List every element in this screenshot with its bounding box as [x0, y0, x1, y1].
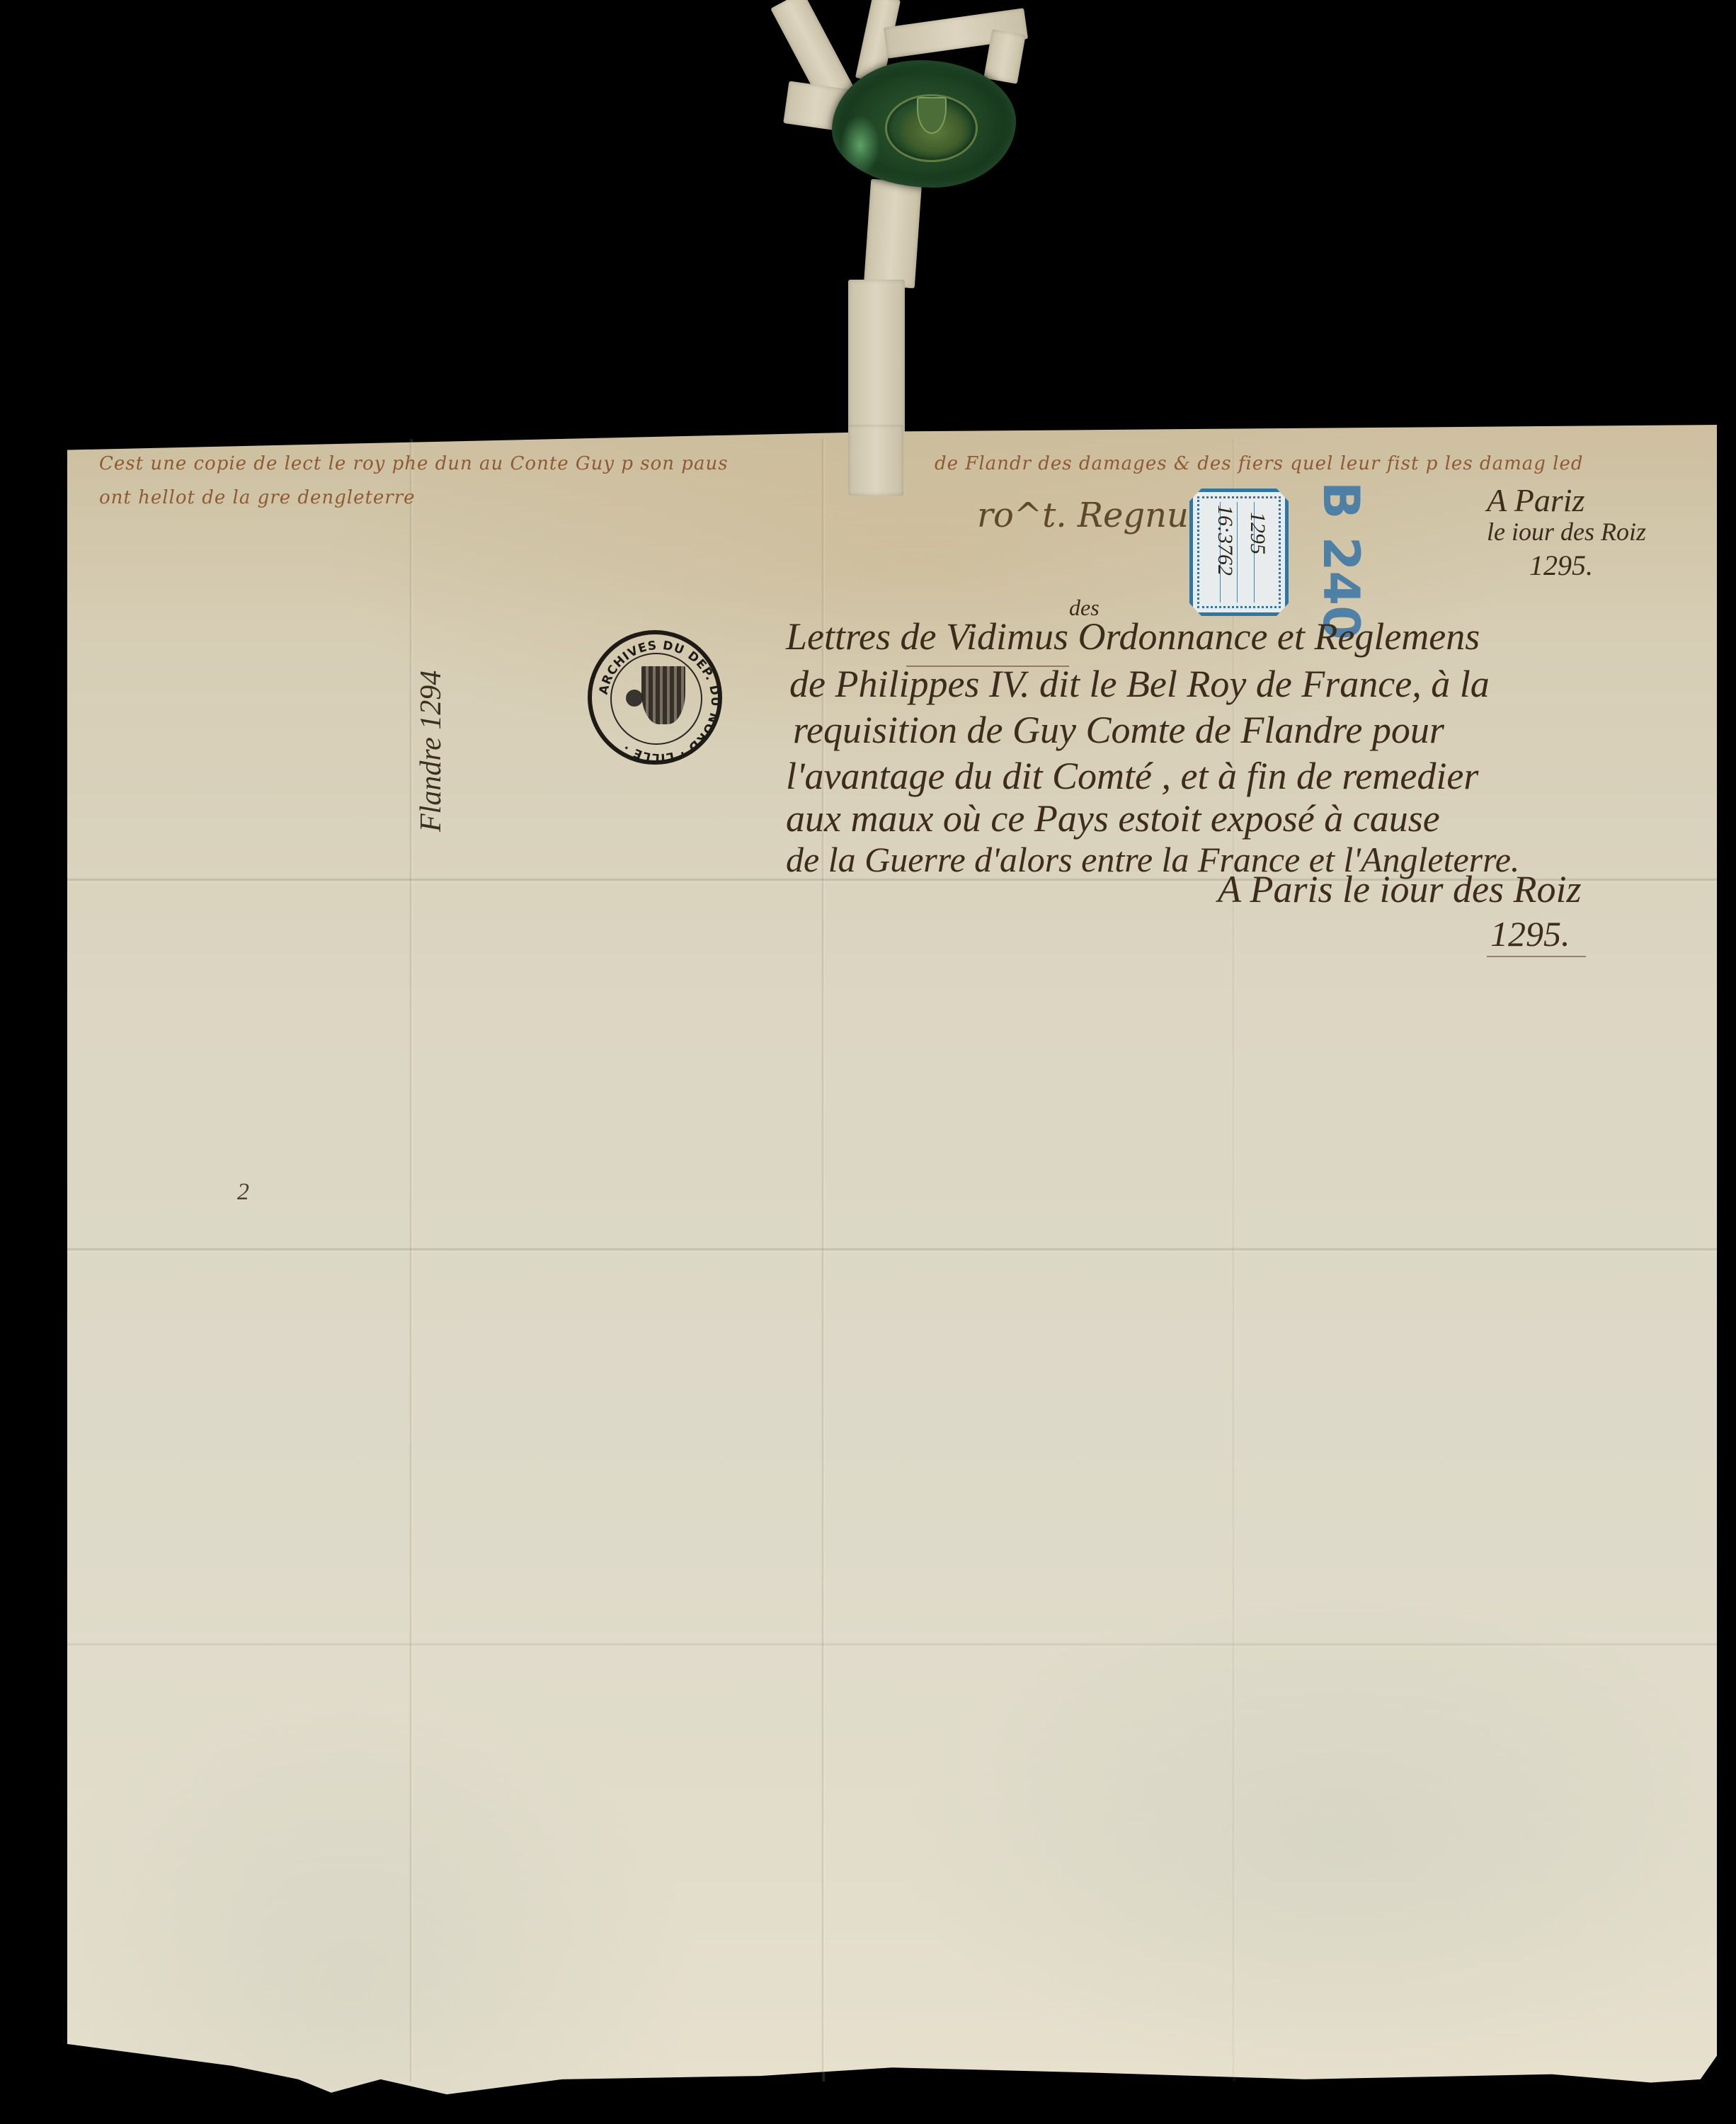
summary-line-4: l'avantage du dit Comté , et à fin de re… — [786, 754, 1478, 798]
archive-label-year: 1295 — [1245, 512, 1269, 554]
wax-seal — [832, 60, 1016, 188]
summary-year: 1295. — [1490, 913, 1570, 954]
seal-tag-strip-lower — [864, 179, 922, 289]
clerk-signature: ro^t. Regnum — [977, 496, 1221, 535]
summary-place-date: A Paris le iour des Roiz — [1218, 867, 1582, 911]
top-right-day: le iour des Roiz — [1487, 517, 1646, 547]
summary-year-rule — [1487, 956, 1586, 957]
medieval-note-line2: ont hellot de la gre dengleterre — [99, 487, 416, 508]
summary-underline-vidimus — [906, 666, 1069, 667]
svg-text:ARCHIVES DU DEP. DU NORD · LIL: ARCHIVES DU DEP. DU NORD · LILLE · — [597, 639, 722, 765]
medieval-note-line1-left: Cest une copie de lect le roy phe dun au… — [99, 453, 729, 474]
summary-line-3: requisition de Guy Comte de Flandre pour — [793, 708, 1444, 752]
seal-tag-strip-through-parchment — [848, 425, 903, 496]
summary-line-1: Lettres de Vidimus Ordonnance et Regleme… — [786, 615, 1480, 658]
margin-mark: 2 — [237, 1179, 249, 1206]
medieval-note-line1-right: de Flandr des damages & des fiers quel l… — [935, 453, 1583, 474]
side-note-flandre: Flandre 1294 — [414, 670, 448, 832]
label-rule — [1237, 502, 1238, 603]
archives-nord-stamp: ARCHIVES DU DEP. DU NORD · LILLE · — [588, 630, 722, 765]
summary-line-5: aux maux où ce Pays estoit exposé à caus… — [786, 796, 1440, 840]
archive-label-number: 16:3762 — [1213, 505, 1237, 576]
top-right-place: A Pariz — [1487, 481, 1584, 519]
archive-label: 1295 16:3762 — [1189, 489, 1289, 616]
stamp-circular-text: ARCHIVES DU DEP. DU NORD · LILLE · — [592, 634, 726, 769]
top-right-year: 1295. — [1529, 549, 1593, 582]
summary-line-2: de Philippes IV. dit le Bel Roy de Franc… — [789, 662, 1490, 706]
